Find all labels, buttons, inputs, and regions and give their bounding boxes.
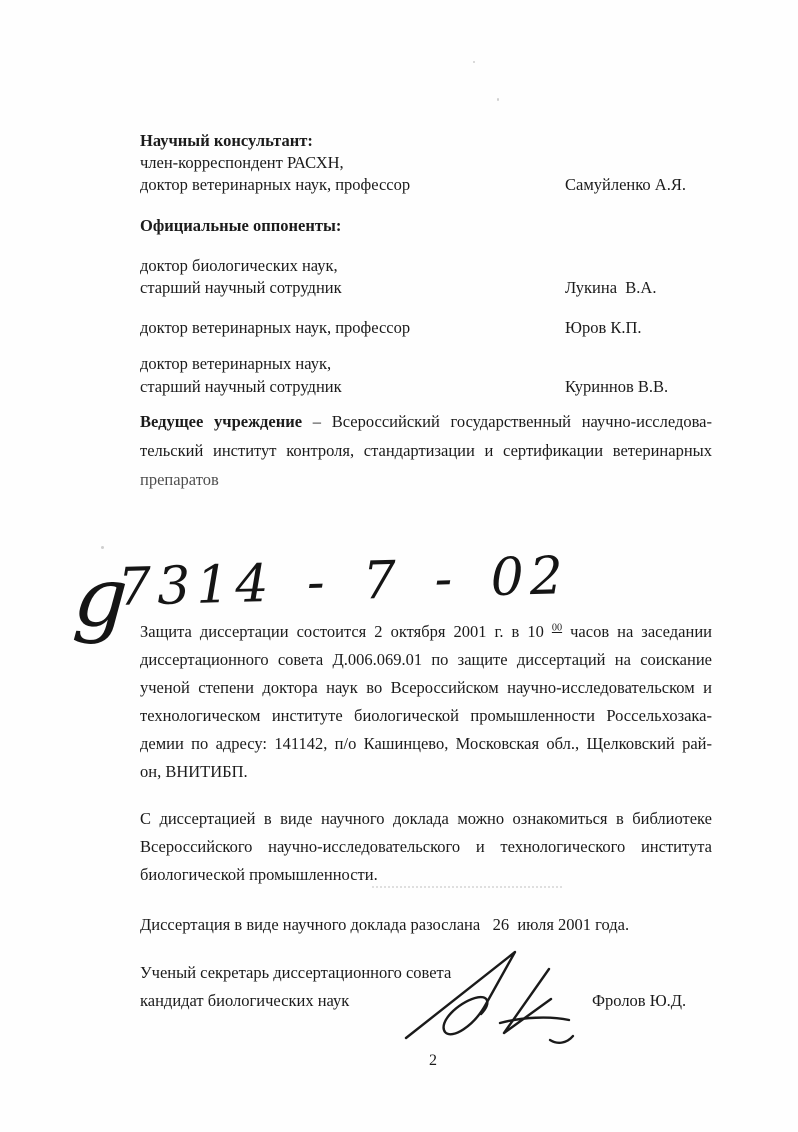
signature (402, 942, 577, 1046)
signature-main-stroke (406, 952, 515, 1038)
leading-institution-line1-rest: – Всероссийский государственный научно-и… (302, 412, 712, 431)
defense-line3: ученой степени доктора наук во Всероссий… (140, 678, 712, 698)
consultant-degree-line2: доктор ветеринарных наук, профессор (140, 175, 410, 194)
scan-smudge (372, 886, 562, 888)
leading-institution-line2: тельский институт контроля, стандартизац… (140, 441, 712, 461)
opponent3-row: старший научный сотрудник Куриннов В.В. (140, 377, 712, 397)
defense-line5: демии по адресу: 141142, п/о Кашинцево, … (140, 734, 712, 754)
opponent2-name: Юров К.П. (565, 318, 642, 338)
defense-line1-post: часов на заседании (562, 622, 712, 641)
opponent1-row: старший научный сотрудник Лукина В.А. (140, 278, 712, 298)
sent-line: Диссертация в виде научного доклада разо… (140, 915, 712, 935)
opponents-heading: Официальные оппоненты: (140, 216, 712, 236)
handwritten-inventory-number: 7314 - 7 - 02 (117, 546, 569, 618)
leading-institution-line1: Ведущее учреждение – Всероссийский госуд… (140, 412, 712, 432)
leading-institution-line3: препаратов (140, 470, 712, 490)
page-number: 2 (408, 1052, 458, 1070)
scan-speck (101, 546, 104, 549)
library-line2: Всероссийского научно-исследовательского… (140, 837, 712, 857)
defense-line6: он, ВНИТИБП. (140, 762, 712, 782)
document-page: Научный консультант: член-корреспондент … (0, 0, 798, 1132)
opponent3-degree-line2: старший научный сотрудник (140, 377, 342, 396)
consultant-heading: Научный консультант: (140, 131, 712, 151)
opponent2-degree-line1: доктор ветеринарных наук, профессор (140, 318, 410, 337)
opponent3-name: Куриннов В.В. (565, 377, 668, 397)
consultant-name: Самуйленко А.Я. (565, 175, 686, 195)
signature-second-stroke (504, 969, 551, 1033)
defense-line2: диссертационного совета Д.006.069.01 по … (140, 650, 712, 670)
signature-tilde-stroke (550, 1036, 573, 1043)
defense-line4: технологическом институте биологической … (140, 706, 712, 726)
secretary-name: Фролов Ю.Д. (592, 991, 686, 1011)
defense-line1: Защита диссертации состоится 2 октября 2… (140, 622, 712, 642)
opponent1-degree-line2: старший научный сотрудник (140, 278, 342, 297)
opponent1-degree-line1: доктор биологических наук, (140, 256, 712, 276)
opponent1-name: Лукина В.А. (565, 278, 656, 298)
secretary-line2: кандидат биологических наук (140, 991, 349, 1010)
defense-time-superscript: 00 (552, 623, 562, 634)
opponent3-degree-line1: доктор ветеринарных наук, (140, 354, 712, 374)
defense-line1-pre: Защита диссертации состоится 2 октября 2… (140, 622, 552, 641)
library-line1: С диссертацией в виде научного доклада м… (140, 809, 712, 829)
leading-institution-label: Ведущее учреждение (140, 412, 302, 431)
opponent2-row: доктор ветеринарных наук, профессор Юров… (140, 318, 712, 338)
consultant-row: доктор ветеринарных наук, профессор Саму… (140, 175, 712, 195)
scan-speck (497, 98, 499, 101)
library-line3: биологической промышленности. (140, 865, 712, 885)
scan-speck (473, 61, 475, 63)
consultant-degree-line1: член-корреспондент РАСХН, (140, 153, 712, 173)
